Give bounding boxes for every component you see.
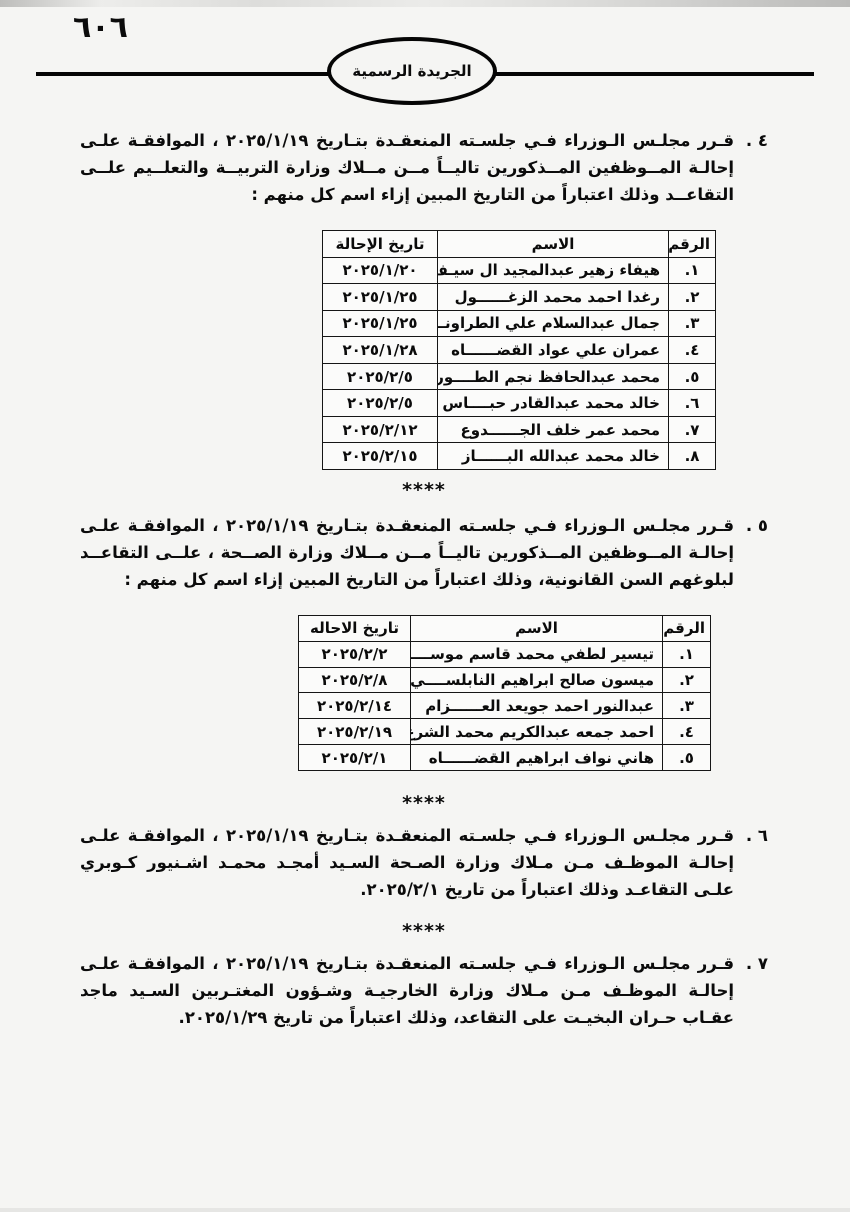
page-number: ٦٠٦ xyxy=(73,10,128,45)
decision-item-5: ٥ . قـرر مجلـس الـوزراء فـي جلسـته المنع… xyxy=(80,512,768,593)
row-number: ٢. xyxy=(663,667,711,693)
row-date: ٢٠٢٥/١/٢٥ xyxy=(323,284,438,311)
table-row: ٤. عمران علي عواد القضــــــاه ٢٠٢٥/١/٢٨ xyxy=(323,337,716,364)
row-date: ٢٠٢٥/٢/٨ xyxy=(299,667,411,693)
table-row: ١. تيسير لطفي محمد قاسم موســــي ٢٠٢٥/٢/… xyxy=(299,641,711,667)
row-date: ٢٠٢٥/٢/١ xyxy=(299,745,411,771)
table-row: ٥. محمد عبدالحافظ نجم الطــــوره ٢٠٢٥/٢/… xyxy=(323,363,716,390)
table-row: ٢. رغدا احمد محمد الزغــــــول ٢٠٢٥/١/٢٥ xyxy=(323,284,716,311)
row-name: خالد محمد عبدالقادر حبــــاس xyxy=(438,390,669,417)
row-number: ٤. xyxy=(669,337,716,364)
row-name: محمد عمر خلف الجــــــدوع xyxy=(438,416,669,443)
table-row: ١. هيفاء زهير عبدالمجيد ال سيـف ٢٠٢٥/١/٢… xyxy=(323,257,716,284)
row-number: ٣. xyxy=(669,310,716,337)
row-date: ٢٠٢٥/٢/١٢ xyxy=(323,416,438,443)
gazette-banner: الجريدة الرسمية xyxy=(327,37,497,105)
decision-7-marker: ٧ . xyxy=(742,950,768,1031)
table-row: ٧. محمد عمر خلف الجــــــدوع ٢٠٢٥/٢/١٢ xyxy=(323,416,716,443)
row-number: ٦. xyxy=(669,390,716,417)
section-separator: **** xyxy=(80,481,768,499)
row-date: ٢٠٢٥/٢/٢ xyxy=(299,641,411,667)
section-separator: **** xyxy=(80,922,768,940)
decision-4-text: قـرر مجلـس الـوزراء فـي جلسـته المنعقـدة… xyxy=(80,127,734,208)
table-row: ٣. عبدالنور احمد جويعد العــــــزام ٢٠٢٥… xyxy=(299,693,711,719)
row-name: هاني نواف ابراهيم القضــــــاه xyxy=(411,745,663,771)
row-number: ٢. xyxy=(669,284,716,311)
row-number: ٣. xyxy=(663,693,711,719)
row-date: ٢٠٢٥/١/٢٠ xyxy=(323,257,438,284)
decision-item-6: ٦ . قـرر مجلـس الـوزراء فـي جلسـته المنع… xyxy=(80,822,768,903)
decision-item-4: ٤ . قـرر مجلـس الـوزراء فـي جلسـته المنع… xyxy=(80,127,768,208)
row-name: خالد محمد عبدالله البــــــاز xyxy=(438,443,669,470)
row-name: ميسون صالح ابراهيم النابلســــي xyxy=(411,667,663,693)
section-separator: **** xyxy=(80,794,768,812)
table-row: ٢. ميسون صالح ابراهيم النابلســــي ٢٠٢٥/… xyxy=(299,667,711,693)
row-date: ٢٠٢٥/٢/٥ xyxy=(323,363,438,390)
row-date: ٢٠٢٥/١/٢٥ xyxy=(323,310,438,337)
table-row: ٣. جمال عبدالسلام علي الطراونــه ٢٠٢٥/١/… xyxy=(323,310,716,337)
row-number: ٤. xyxy=(663,719,711,745)
scan-artifact-top xyxy=(0,0,850,7)
row-number: ٨. xyxy=(669,443,716,470)
decision-5-marker: ٥ . xyxy=(742,512,768,593)
gazette-banner-title: الجريدة الرسمية xyxy=(352,62,471,80)
retirees-table-health: الرقم الاسم تاريخ الاحاله ١. تيسير لطفي … xyxy=(298,615,711,771)
row-number: ٥. xyxy=(663,745,711,771)
row-name: رغدا احمد محمد الزغــــــول xyxy=(438,284,669,311)
row-date: ٢٠٢٥/٢/١٥ xyxy=(323,443,438,470)
column-header-date: تاريخ الاحاله xyxy=(299,616,411,642)
row-date: ٢٠٢٥/١/٢٨ xyxy=(323,337,438,364)
scan-artifact-bottom xyxy=(0,1208,850,1212)
row-name: عمران علي عواد القضــــــاه xyxy=(438,337,669,364)
decision-6-marker: ٦ . xyxy=(742,822,768,903)
retirees-table-education: الرقم الاسم تاريخ الإحالة ١. هيفاء زهير … xyxy=(322,230,716,470)
row-name: جمال عبدالسلام علي الطراونــه xyxy=(438,310,669,337)
gazette-page: ٦٠٦ الجريدة الرسمية ٤ . قـرر مجلـس الـوز… xyxy=(0,0,850,1212)
column-header-name: الاسم xyxy=(411,616,663,642)
row-name: تيسير لطفي محمد قاسم موســــي xyxy=(411,641,663,667)
column-header-number: الرقم xyxy=(669,231,716,258)
decision-item-7: ٧ . قـرر مجلـس الـوزراء فـي جلسـته المنع… xyxy=(80,950,768,1031)
table-row: ٥. هاني نواف ابراهيم القضــــــاه ٢٠٢٥/٢… xyxy=(299,745,711,771)
row-name: محمد عبدالحافظ نجم الطــــوره xyxy=(438,363,669,390)
row-date: ٢٠٢٥/٢/١٩ xyxy=(299,719,411,745)
column-header-name: الاسم xyxy=(438,231,669,258)
row-number: ٧. xyxy=(669,416,716,443)
row-date: ٢٠٢٥/٢/٥ xyxy=(323,390,438,417)
decision-5-text: قـرر مجلـس الـوزراء فـي جلسـته المنعقـدة… xyxy=(80,512,734,593)
table-header-row: الرقم الاسم تاريخ الاحاله xyxy=(299,616,711,642)
table-row: ٦. خالد محمد عبدالقادر حبــــاس ٢٠٢٥/٢/٥ xyxy=(323,390,716,417)
row-name: هيفاء زهير عبدالمجيد ال سيـف xyxy=(438,257,669,284)
row-name: احمد جمعه عبدالكريم محمد الشرع xyxy=(411,719,663,745)
row-date: ٢٠٢٥/٢/١٤ xyxy=(299,693,411,719)
column-header-number: الرقم xyxy=(663,616,711,642)
row-number: ١. xyxy=(663,641,711,667)
table-header-row: الرقم الاسم تاريخ الإحالة xyxy=(323,231,716,258)
decision-6-text: قـرر مجلـس الـوزراء فـي جلسـته المنعقـدة… xyxy=(80,822,734,903)
table-row: ٤. احمد جمعه عبدالكريم محمد الشرع ٢٠٢٥/٢… xyxy=(299,719,711,745)
row-name: عبدالنور احمد جويعد العــــــزام xyxy=(411,693,663,719)
decision-4-marker: ٤ . xyxy=(742,127,768,208)
column-header-date: تاريخ الإحالة xyxy=(323,231,438,258)
decision-7-text: قـرر مجلـس الـوزراء فـي جلسـته المنعقـدة… xyxy=(80,950,734,1031)
row-number: ١. xyxy=(669,257,716,284)
row-number: ٥. xyxy=(669,363,716,390)
table-row: ٨. خالد محمد عبدالله البــــــاز ٢٠٢٥/٢/… xyxy=(323,443,716,470)
